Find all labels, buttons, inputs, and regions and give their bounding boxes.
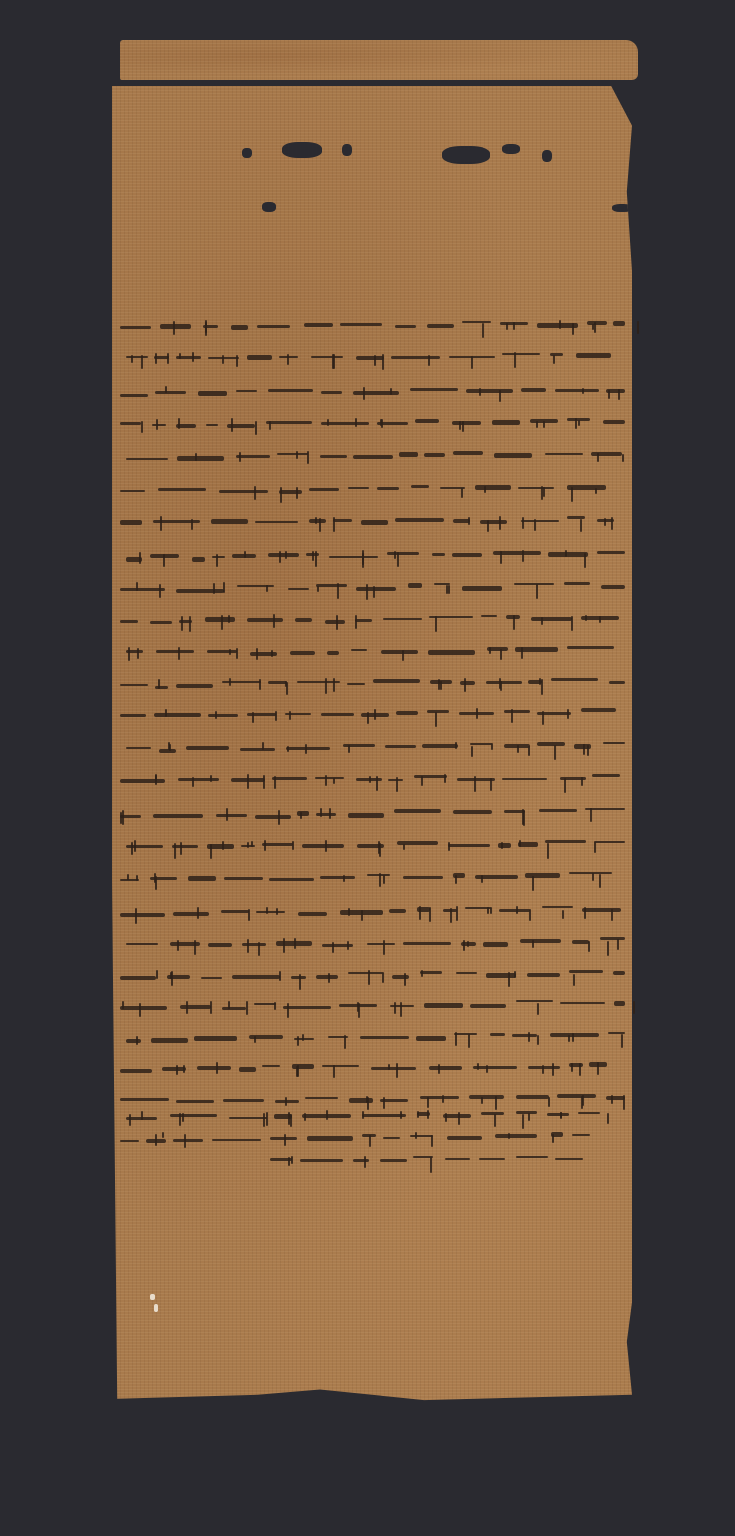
- ink-word: [120, 976, 156, 980]
- ink-stroke: [184, 1134, 186, 1148]
- ink-stroke: [552, 1063, 554, 1076]
- ink-stroke: [571, 1063, 573, 1073]
- ink-stroke: [285, 551, 287, 559]
- ink-stroke: [484, 486, 486, 493]
- ink-stroke: [269, 421, 271, 431]
- ink-stroke: [489, 647, 491, 654]
- ink-word: [427, 710, 449, 713]
- ink-stroke: [222, 355, 224, 364]
- ink-word: [320, 876, 355, 879]
- ink-word: [201, 977, 222, 979]
- ink-stroke: [169, 744, 171, 750]
- ink-word: [490, 1033, 505, 1037]
- ink-stroke: [213, 583, 215, 594]
- ink-word: [582, 908, 621, 912]
- ink-word: [576, 353, 611, 357]
- ink-stroke: [252, 712, 254, 723]
- ink-stroke: [572, 1033, 574, 1041]
- ink-word: [560, 1002, 605, 1005]
- ink-stroke: [333, 678, 335, 692]
- ink-stroke: [532, 876, 534, 891]
- ink-stroke: [136, 582, 138, 591]
- ink-word: [367, 943, 395, 946]
- ink-word: [516, 1156, 549, 1158]
- ink-stroke: [374, 355, 376, 365]
- ink-word: [486, 973, 516, 978]
- ink-stroke: [170, 972, 172, 979]
- ink-stroke: [173, 321, 175, 335]
- ink-word: [270, 1137, 297, 1140]
- ink-word: [279, 490, 302, 494]
- ink-word: [518, 487, 554, 490]
- ink-word: [448, 844, 490, 847]
- ink-word: [283, 1006, 331, 1009]
- ink-stroke: [522, 1114, 524, 1129]
- ink-stroke: [495, 1096, 497, 1110]
- ink-stroke: [134, 840, 136, 852]
- ink-stroke: [156, 970, 158, 979]
- ink-word: [208, 943, 233, 948]
- ink-word: [525, 873, 561, 878]
- ink-stroke: [548, 1097, 550, 1107]
- ink-word: [120, 422, 141, 425]
- ink-stroke: [247, 774, 249, 789]
- ink-word: [268, 553, 299, 557]
- ink-word: [309, 488, 339, 491]
- ink-stroke: [468, 1034, 470, 1048]
- ink-stroke: [280, 487, 282, 503]
- ink-word: [609, 681, 625, 684]
- ink-word: [327, 651, 340, 655]
- ink-stroke: [289, 711, 291, 721]
- ink-stroke: [266, 1112, 268, 1125]
- ink-word: [403, 876, 442, 879]
- ink-word: [521, 520, 559, 523]
- ink-stroke: [176, 1065, 178, 1075]
- ink-stroke: [325, 840, 327, 852]
- ink-stroke: [611, 909, 613, 921]
- ink-word: [469, 1095, 504, 1099]
- ink-stroke: [336, 615, 338, 629]
- ink-stroke: [587, 745, 589, 756]
- ink-stroke: [305, 744, 307, 754]
- ink-word: [162, 1067, 185, 1071]
- ink-word: [212, 556, 225, 558]
- ink-stroke: [579, 1063, 581, 1076]
- ink-stroke: [427, 1110, 429, 1119]
- ink-stroke: [182, 1113, 184, 1122]
- ink-stroke: [347, 941, 349, 950]
- ink-stroke: [427, 1097, 429, 1108]
- ink-word: [268, 681, 287, 684]
- ink-word: [557, 1094, 596, 1098]
- ink-word: [555, 389, 598, 393]
- ink-stroke: [255, 421, 257, 435]
- ink-word: [304, 323, 333, 327]
- ink-stroke: [448, 585, 450, 594]
- ink-stroke: [571, 487, 573, 503]
- ink-stroke: [514, 971, 516, 978]
- ink-stroke: [516, 906, 518, 914]
- ink-word: [411, 485, 430, 487]
- ink-stroke: [248, 909, 250, 921]
- ink-word: [512, 1034, 537, 1037]
- ink-stroke: [383, 1097, 385, 1110]
- ink-stroke: [307, 451, 309, 464]
- ink-word: [613, 321, 625, 326]
- ink-stroke: [511, 709, 513, 724]
- ink-stroke: [285, 1097, 287, 1106]
- ink-stroke: [419, 906, 421, 920]
- ink-stroke: [337, 583, 339, 599]
- ink-stroke: [594, 322, 596, 332]
- ink-word: [420, 1096, 459, 1099]
- ink-stroke: [608, 390, 610, 399]
- ink-stroke: [329, 808, 331, 819]
- pale-spot: [150, 1294, 155, 1300]
- ink-stroke: [534, 519, 536, 531]
- ink-word: [353, 1159, 369, 1161]
- ink-word: [176, 589, 224, 594]
- ink-stroke: [299, 974, 301, 990]
- ink-word: [307, 1136, 354, 1141]
- ink-stroke: [547, 843, 549, 859]
- ink-word: [567, 485, 606, 490]
- ink-word: [594, 841, 625, 844]
- ink-word: [180, 1005, 211, 1009]
- ink-word: [120, 1006, 167, 1010]
- ink-word: [206, 424, 218, 426]
- ink-word: [126, 943, 158, 945]
- ink-word: [262, 1065, 280, 1067]
- ink-stroke: [575, 418, 577, 429]
- ink-stroke: [247, 939, 249, 953]
- ink-stroke: [122, 810, 124, 825]
- ink-word: [232, 975, 280, 978]
- ink-stroke: [458, 1112, 460, 1125]
- ink-word: [614, 1001, 625, 1006]
- ink-stroke: [438, 679, 440, 690]
- ink-word: [302, 844, 345, 848]
- ink-word: [427, 324, 454, 328]
- ink-word: [348, 487, 370, 489]
- ink-stroke: [333, 517, 335, 532]
- ink-stroke: [388, 1064, 390, 1070]
- ink-word: [456, 972, 477, 975]
- ink-word: [567, 646, 614, 649]
- ink-stroke: [274, 776, 276, 789]
- ink-stroke: [532, 940, 534, 948]
- ink-word: [295, 618, 312, 622]
- ink-stroke: [120, 812, 122, 825]
- ink-word: [351, 649, 367, 651]
- ink-stroke: [523, 810, 525, 825]
- ink-stroke: [355, 418, 357, 426]
- ink-stroke: [167, 353, 169, 364]
- ink-word: [120, 520, 142, 524]
- ink-word: [237, 585, 274, 587]
- ink-stroke: [594, 842, 596, 853]
- ink-stroke: [464, 678, 466, 692]
- ink-stroke: [216, 1062, 218, 1074]
- ink-stroke: [366, 584, 368, 600]
- ink-word: [361, 520, 388, 525]
- ink-word: [172, 845, 197, 848]
- ink-word: [176, 1100, 214, 1103]
- ink-word: [170, 1114, 217, 1117]
- ink-stroke: [222, 841, 224, 850]
- ink-word: [192, 557, 205, 562]
- ink-word: [212, 1139, 261, 1141]
- ink-stroke: [560, 1112, 562, 1119]
- ink-stroke: [136, 1036, 138, 1046]
- ink-word: [416, 1036, 446, 1041]
- ink-stroke: [189, 616, 191, 632]
- ink-word: [242, 943, 265, 947]
- ink-word: [120, 490, 145, 493]
- ink-word: [320, 455, 347, 457]
- ink-stroke: [513, 322, 515, 331]
- ink-word: [547, 1113, 570, 1116]
- ink-word: [380, 1159, 406, 1162]
- ink-stroke: [159, 584, 161, 598]
- ink-stroke: [604, 518, 606, 526]
- ink-stroke: [500, 551, 502, 564]
- ink-word: [551, 678, 598, 681]
- ink-stroke: [228, 615, 230, 623]
- ink-word: [355, 619, 372, 622]
- ink-stroke: [537, 1003, 539, 1016]
- ink-word: [424, 1003, 463, 1008]
- ink-stroke: [139, 1003, 141, 1017]
- ink-stroke: [141, 1111, 143, 1120]
- ink-stroke: [528, 746, 530, 756]
- ink-stroke: [129, 1114, 131, 1126]
- ink-stroke: [581, 777, 583, 786]
- ink-word: [528, 1066, 560, 1069]
- ink-word: [353, 455, 393, 459]
- ink-stroke: [499, 678, 501, 688]
- ink-stroke: [273, 614, 275, 628]
- ink-word: [479, 1158, 505, 1160]
- ink-word: [219, 490, 268, 493]
- ink-stroke: [513, 615, 515, 630]
- ink-stroke: [228, 1001, 230, 1008]
- ink-word: [462, 321, 491, 323]
- ink-stroke: [462, 421, 464, 432]
- ink-stroke: [271, 650, 273, 657]
- ink-stroke: [216, 554, 218, 568]
- ink-word: [486, 681, 522, 684]
- ink-word: [539, 809, 578, 812]
- ink-word: [410, 1135, 433, 1137]
- ink-word: [481, 615, 497, 617]
- ink-word: [569, 970, 603, 973]
- ink-word: [120, 684, 148, 686]
- ink-word: [256, 911, 285, 913]
- ink-stroke: [287, 354, 289, 365]
- ink-word: [410, 388, 459, 391]
- ink-stroke: [378, 841, 380, 854]
- ink-word: [383, 618, 422, 620]
- ink-word: [272, 777, 307, 781]
- ink-stroke: [374, 709, 376, 719]
- ink-stroke: [131, 355, 133, 363]
- ink-word: [420, 971, 442, 974]
- ink-stroke: [276, 908, 278, 915]
- ink-word: [591, 452, 622, 456]
- ink-stroke: [567, 709, 569, 719]
- ink-word: [480, 520, 508, 524]
- ink-word: [445, 1158, 470, 1160]
- ink-stroke: [192, 352, 194, 362]
- ink-stroke: [543, 421, 545, 428]
- ink-stroke: [585, 615, 587, 622]
- ink-stroke: [397, 552, 399, 567]
- ink-stroke: [296, 1066, 298, 1078]
- ink-stroke: [155, 353, 157, 364]
- ink-stroke: [320, 808, 322, 817]
- ink-word: [603, 420, 625, 424]
- ink-stroke: [528, 1032, 530, 1042]
- ink-word: [360, 1036, 410, 1039]
- ink-stroke: [223, 582, 225, 593]
- ink-word: [453, 451, 483, 454]
- ink-stroke: [165, 386, 167, 393]
- ink-stroke: [229, 678, 231, 686]
- ink-stroke: [564, 778, 566, 793]
- ink-word: [120, 779, 165, 783]
- ink-stroke: [494, 1114, 496, 1127]
- ink-stroke: [156, 419, 158, 430]
- ink-stroke: [394, 551, 396, 559]
- ink-stroke: [552, 1134, 554, 1143]
- ink-stroke: [127, 874, 129, 881]
- ink-stroke: [637, 321, 639, 335]
- ink-word: [305, 1097, 338, 1100]
- ink-word: [520, 939, 561, 943]
- ink-stroke: [181, 616, 183, 631]
- ink-word: [470, 743, 492, 745]
- ink-word: [188, 876, 216, 881]
- ink-word: [207, 650, 237, 653]
- ink-stroke: [263, 1113, 265, 1127]
- ink-word: [186, 746, 229, 750]
- ink-stroke: [315, 517, 317, 524]
- ink-word: [255, 815, 291, 819]
- ink-stroke: [178, 418, 180, 429]
- ink-stroke: [348, 745, 350, 754]
- ink-stroke: [402, 650, 404, 661]
- ink-word: [290, 651, 315, 655]
- ink-word: [288, 588, 309, 590]
- ink-word: [460, 681, 474, 685]
- ink-word: [597, 551, 625, 554]
- ink-stroke: [415, 1132, 417, 1139]
- ink-stroke: [559, 320, 561, 329]
- ink-stroke: [266, 907, 268, 913]
- ink-stroke: [155, 1134, 157, 1146]
- ink-stroke: [210, 775, 212, 782]
- ink-stroke: [476, 708, 478, 718]
- ink-stroke: [486, 1065, 488, 1073]
- ink-word: [347, 683, 365, 685]
- ink-word: [462, 586, 502, 591]
- ink-stroke: [179, 1113, 181, 1126]
- ink-word: [126, 458, 168, 461]
- ink-stroke: [435, 712, 437, 727]
- ink-word: [221, 910, 249, 913]
- ink-stroke: [373, 586, 375, 598]
- ink-stroke: [192, 777, 194, 787]
- ink-word: [548, 552, 588, 557]
- ink-word: [247, 355, 273, 360]
- ink-stroke: [141, 421, 143, 433]
- ink-word: [348, 972, 384, 974]
- ink-word: [516, 1111, 537, 1114]
- ink-word: [120, 714, 146, 717]
- ink-stroke: [582, 388, 584, 395]
- ink-word: [399, 452, 418, 457]
- ink-word: [395, 325, 416, 328]
- ink-stroke: [455, 875, 457, 884]
- ink-word: [428, 650, 475, 655]
- ink-stroke: [508, 1133, 510, 1139]
- ink-stroke: [438, 1064, 440, 1074]
- ink-stroke: [367, 712, 369, 724]
- ink-stroke: [278, 810, 280, 824]
- ink-stroke: [578, 420, 580, 426]
- ink-stroke: [573, 974, 575, 987]
- papyrus-top-strip: [120, 40, 638, 80]
- ink-stroke: [490, 778, 492, 791]
- ink-word: [340, 323, 381, 326]
- ink-word: [286, 747, 330, 750]
- ink-stroke: [364, 1156, 366, 1168]
- ink-stroke: [431, 1135, 433, 1147]
- ink-word: [255, 521, 298, 523]
- ink-stroke: [263, 775, 265, 789]
- ink-stroke: [368, 970, 370, 985]
- ink-stroke: [445, 1113, 447, 1122]
- ink-word: [383, 1137, 400, 1140]
- ink-stroke: [363, 387, 365, 400]
- ink-stroke: [180, 842, 182, 855]
- ink-word: [268, 389, 312, 393]
- ink-word: [373, 679, 420, 683]
- ink-stroke: [529, 909, 531, 921]
- ink-word: [300, 1159, 342, 1162]
- ink-word: [414, 775, 448, 778]
- ink-stroke: [326, 1110, 328, 1120]
- ink-stroke: [304, 1113, 306, 1121]
- ink-stroke: [621, 1034, 623, 1048]
- ink-stroke: [288, 1157, 290, 1166]
- ink-word: [572, 940, 589, 944]
- ink-stroke: [487, 907, 489, 914]
- ink-stroke: [383, 940, 385, 955]
- ink-word: [537, 742, 565, 746]
- ink-word: [223, 1099, 264, 1102]
- ink-stroke: [137, 648, 139, 659]
- ink-stroke: [177, 940, 179, 951]
- ink-stroke: [229, 649, 231, 655]
- ink-stroke: [325, 678, 327, 694]
- ink-word: [160, 324, 191, 329]
- ink-stroke: [382, 354, 384, 370]
- ink-word: [349, 1098, 373, 1103]
- ink-stroke: [376, 776, 378, 791]
